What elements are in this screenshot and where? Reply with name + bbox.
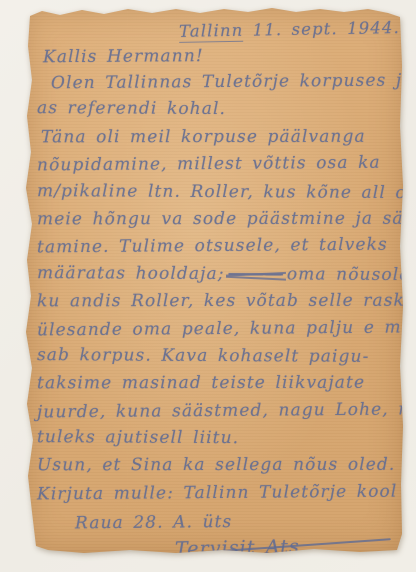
date-rest: 11. sept. 1944. [243, 18, 400, 40]
letter-line: tamine. Tulime otsusele, et talveks [37, 232, 391, 262]
letter-date: Tallinn 11. sept. 1944. [179, 18, 391, 41]
line-post-text: oma nõusole- [287, 264, 416, 285]
letter-paper: Tallinn 11. sept. 1944. Kallis Hermann! … [24, 6, 404, 554]
letter-line: sab korpus. Kava kohaselt paigu- [37, 342, 391, 371]
scanned-letter-page: { "document": { "kind": "handwritten-let… [0, 0, 416, 572]
letter-body: Olen Tallinnas Tuletõrje korpuses juu- a… [37, 69, 391, 507]
letter-closing: Raua 28. A. üts Tervisit Ats [37, 509, 391, 559]
letter-line: ku andis Roller, kes võtab selle raske [37, 288, 391, 316]
letter-line: Olen Tallinnas Tuletõrje korpuses juu- [37, 68, 391, 98]
letter-content: Tallinn 11. sept. 1944. Kallis Hermann! … [24, 6, 404, 554]
letter-line: m/pikaline ltn. Roller, kus kõne all oli [37, 178, 391, 207]
letter-address: Raua 28. A. üts [75, 508, 391, 537]
letter-line: ülesande oma peale, kuna palju e maa- [37, 314, 391, 344]
letter-greeting: Kallis Hermann! [43, 45, 391, 67]
letter-line: meie hõngu va sode päästmine ja säili- [37, 206, 391, 234]
letter-line: as referendi kohal. [37, 95, 391, 124]
letter-line: nõupidamine, millest võttis osa ka [37, 150, 391, 180]
scan-background: Tallinn 11. sept. 1944. Kallis Hermann! … [0, 0, 416, 572]
letter-line: taksime masinad teiste liikvajate [37, 370, 391, 398]
letter-line: Täna oli meil korpuse päälvanga [37, 123, 391, 151]
date-place: Tallinn [179, 21, 244, 43]
letter-line-with-correction: määratas hooldaja;———oma nõusole- [37, 260, 391, 289]
letter-line: Usun, et Sina ka sellega nõus oled. [37, 452, 391, 480]
line-pre-text: määratas hooldaja; [37, 263, 225, 284]
letter-line: tuleks ajutisell liitu. [37, 424, 391, 453]
letter-line: Kirjuta mulle: Tallinn Tuletõrje kool [37, 478, 391, 508]
letter-line: juurde, kuna säästmed, nagu Lohe, n.c. [37, 396, 391, 426]
crossed-out-word: ——— [228, 261, 282, 289]
